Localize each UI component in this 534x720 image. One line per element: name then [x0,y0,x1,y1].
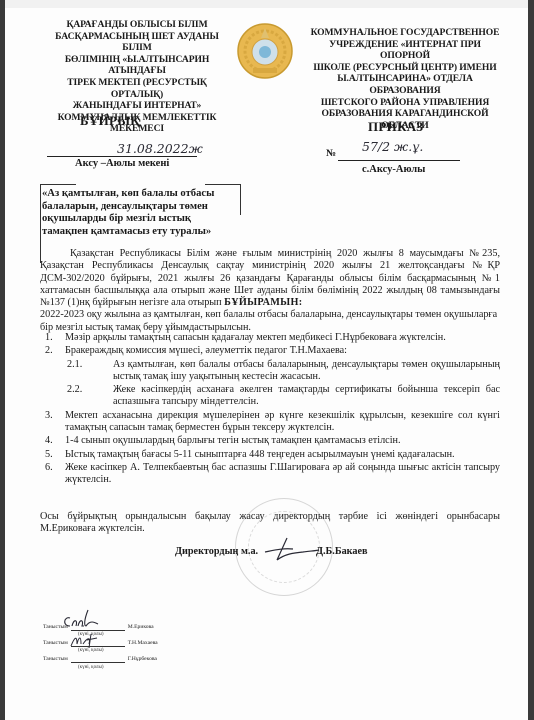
header-kz-line: БАСҚАРМАСЫНЫҢ ШЕТ АУДАНЫ БІЛІМ [42,31,232,54]
document-page: ҚАРАҒАНДЫ ОБЛЫСЫ БІЛІМ БАСҚАРМАСЫНЫҢ ШЕТ… [5,0,528,720]
item-text: Мәзір арқылы тамақтың сапасын қадағалау … [65,332,446,343]
ack-row: ТаныстымМ.Ерикова [43,624,154,631]
order-title-ru: ПРИКАЗ [368,119,423,135]
ack-label: Таныстым [43,640,68,646]
place-ru: с.Аксу-Аюлы [362,164,425,175]
sub-item: 2.2. Жеке кәсіпкердің асханаға әкелген т… [45,384,500,409]
subject-line: оқушыларды бір мезгіл ыстық [42,213,232,226]
order-subject: «Аз қамтылған, көп балалы отбасы балалар… [42,188,232,238]
header-ru: КОММУНАЛЬНОЕ ГОСУДАРСТВЕННОЕ УЧРЕЖДЕНИЕ … [305,27,505,131]
order-date: 31.08.2022ж [117,141,203,156]
item-text: Мектеп асханасына дирекция мүшелерінен ә… [65,410,500,433]
sub-item: 2.1. Аз қамтылған, көп балалы отбасы бал… [45,359,500,384]
subject-line: тамақпен қамтамасыз ету туралы» [42,226,232,239]
signature-role: Директордың м.а. [175,546,258,557]
date-underline [47,156,197,157]
subject-line: балаларын, денсаулықтары төмен [42,201,232,214]
scan-edge [5,0,528,8]
header-kz-line: ТІРЕК МЕКТЕП (РЕСУРСТЫҚ ОРТАЛЫҚ) [42,77,232,100]
item-number: 1. [45,332,53,344]
header-kz-line: БӨЛІМІНІҢ «Ы.АЛТЫНСАРИН АТЫНДАҒЫ [42,54,232,77]
list-item: 5. Ыстық тамақтың бағасы 5-11 сыныптарға… [45,449,500,461]
order-number: 57/2 ж.ұ. [362,139,423,154]
item-number: 4. [45,435,53,447]
ack-name: Г.Нұрбекова [128,656,157,662]
sub-item-number: 2.2. [67,384,82,396]
order-number-label: № [326,148,336,159]
number-underline [338,160,460,161]
list-item: 1. Мәзір арқылы тамақтың сапасын қадағал… [45,332,500,344]
ack-signature-line [71,662,125,663]
order-title-kz: БҰЙРЫҚ [80,113,140,129]
item-number: 3. [45,410,53,422]
sub-item-text: Жеке кәсіпкердің асханаға әкелген тамақт… [113,384,500,407]
kazakhstan-emblem-icon [236,22,294,80]
sub-item-text: Аз қамтылған, көп балалы отбасы балалары… [113,359,500,382]
header-ru-line: ШКОЛЕ (РЕСУРСНЫЙ ЦЕНТР) ИМЕНИ [305,62,505,74]
ack-name: М.Ерикова [128,624,154,630]
sub-item-number: 2.1. [67,359,82,371]
header-ru-line: Ы.АЛТЫНСАРИНА» ОТДЕЛА ОБРАЗОВАНИЯ [305,73,505,96]
list-item: 4. 1-4 сынып оқушылардың барлығы тегін ы… [45,435,500,447]
item-number: 2. [45,345,53,357]
place-kz: Аксу –Аюлы мекені [75,158,169,169]
ack-caption: (күні, қолы) [78,648,104,653]
item-text: Ыстық тамақтың бағасы 5-11 сыныптарға 44… [65,449,455,460]
ack-row: ТаныстымТ.Н.Махаева [43,640,158,647]
order-items: 1. Мәзір арқылы тамақтың сапасын қадағал… [45,332,500,488]
preamble-continuation: 2022-2023 оқу жылына аз қамтылған, көп б… [40,309,500,334]
item-number: 6. [45,462,53,474]
header-kz-line: ҚАРАҒАНДЫ ОБЛЫСЫ БІЛІМ [42,19,232,31]
list-item: 2. Бракераждық комиссия мүшесі, әлеуметт… [45,345,500,357]
header-ru-line: ШЕТСКОГО РАЙОНА УПРАВЛЕНИЯ [305,97,505,109]
ack-caption: (күні, қолы) [78,665,104,670]
item-number: 5. [45,449,53,461]
ack-signature-line [71,646,125,647]
header-ru-line: УЧРЕЖДЕНИЕ «ИНТЕРНАТ ПРИ ОПОРНОЙ [305,39,505,62]
ack-name: Т.Н.Махаева [128,640,158,646]
item-text: Жеке кәсіпкер А. Телпекбаевтың бас аспаз… [65,462,500,485]
ack-signature-line [71,630,125,631]
ack-row: ТаныстымГ.Нұрбекова [43,656,157,663]
item-text: Бракераждық комиссия мүшесі, әлеуметтік … [65,345,347,356]
preamble: Қазақстан Республикасы Білім және ғылым … [40,248,500,334]
director-signature-icon [263,536,321,562]
order-keyword: БҰЙЫРАМЫН: [224,297,302,308]
list-item: 6. Жеке кәсіпкер А. Телпекбаевтың бас ас… [45,462,500,487]
subject-line: «Аз қамтылған, көп балалы отбасы [42,188,232,201]
ack-label: Таныстым [43,656,68,662]
signature-name: Д.Б.Бакаев [316,546,368,557]
header-kz-line: ЖАНЫНДАҒЫ ИНТЕРНАТ» [42,100,232,112]
ack-label: Таныстым [43,624,68,630]
list-item: 3. Мектеп асханасына дирекция мүшелеріне… [45,410,500,435]
item-text: 1-4 сынып оқушылардың барлығы тегін ысты… [65,435,401,446]
header-ru-line: КОММУНАЛЬНОЕ ГОСУДАРСТВЕННОЕ [305,27,505,39]
control-clause: Осы бұйрықтың орындалысын бақылау жасау … [40,511,500,536]
